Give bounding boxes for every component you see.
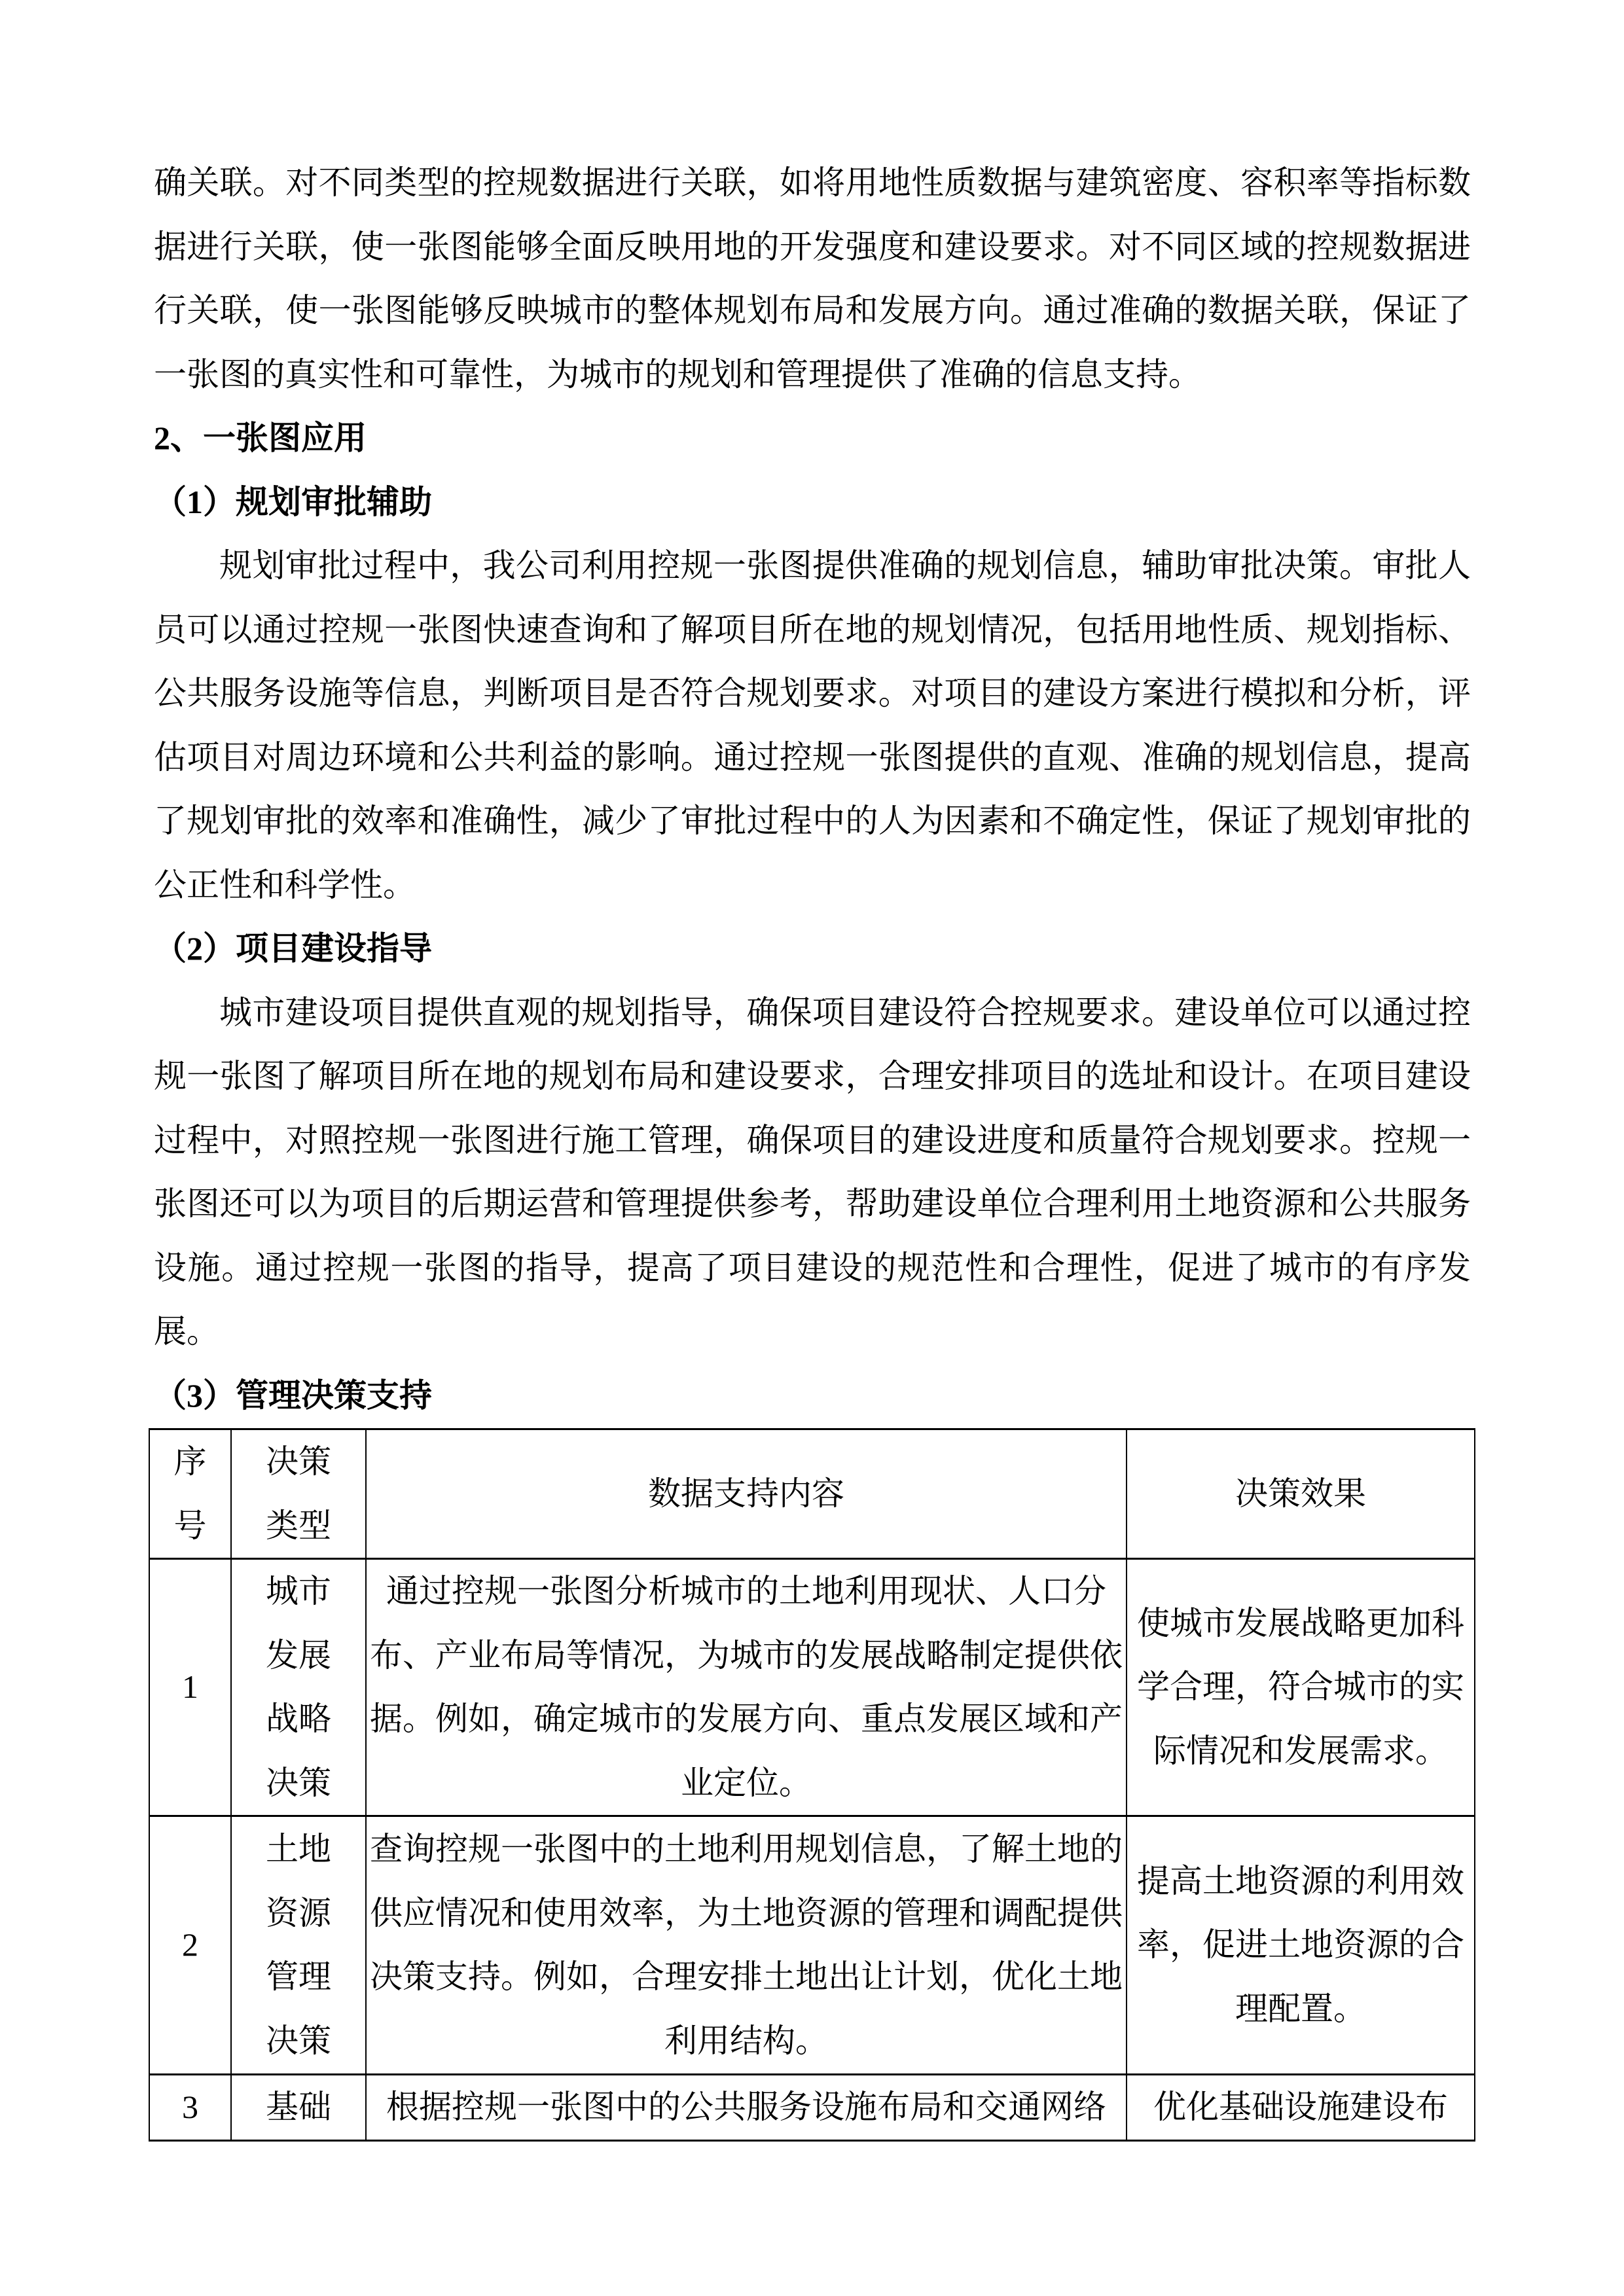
heading-one-map-application: 2、一张图应用	[154, 406, 1471, 471]
table-row-truncated: 3 基础 根据控规一张图中的公共服务设施布局和交通网络 优化基础设施建设布	[149, 2075, 1475, 2141]
cell-decision-type: 城市 发展 战略 决策	[231, 1559, 366, 1816]
heading-management-decision-support: （3）管理决策支持	[154, 1364, 1471, 1428]
paragraph-data-association-continuation: 确关联。对不同类型的控规数据进行关联，如将用地性质数据与建筑密度、容积率等指标数…	[154, 151, 1471, 406]
cell-decision-effect: 优化基础设施建设布	[1127, 2075, 1475, 2141]
heading-project-construction-guidance: （2）项目建设指导	[154, 917, 1471, 981]
table-row: 1 城市 发展 战略 决策 通过控规一张图分析城市的土地利用现状、人口分布、产业…	[149, 1559, 1475, 1816]
paragraph-planning-approval: 规划审批过程中，我公司利用控规一张图提供准确的规划信息，辅助审批决策。审批人员可…	[154, 534, 1471, 917]
cell-data-support-content: 通过控规一张图分析城市的土地利用现状、人口分布、产业布局等情况，为城市的发展战略…	[366, 1559, 1127, 1816]
document-content: 确关联。对不同类型的控规数据进行关联，如将用地性质数据与建筑密度、容积率等指标数…	[154, 0, 1471, 2142]
cell-serial-number: 1	[149, 1559, 231, 1816]
header-serial-number: 序 号	[149, 1429, 231, 1559]
cell-decision-type: 基础	[231, 2075, 366, 2141]
cell-decision-effect: 提高土地资源的利用效率，促进土地资源的合理配置。	[1127, 1816, 1475, 2075]
cell-serial-number: 3	[149, 2075, 231, 2141]
decision-support-table: 序 号 决策 类型 数据支持内容 决策效果 1 城市 发展 战略 决策 通过控规…	[149, 1428, 1475, 2142]
table-row: 2 土地 资源 管理 决策 查询控规一张图中的土地利用规划信息，了解土地的供应情…	[149, 1816, 1475, 2075]
cell-data-support-content: 查询控规一张图中的土地利用规划信息，了解土地的供应情况和使用效率，为土地资源的管…	[366, 1816, 1127, 2075]
paragraph-project-construction: 城市建设项目提供直观的规划指导，确保项目建设符合控规要求。建设单位可以通过控规一…	[154, 981, 1471, 1364]
heading-planning-approval-assist: （1）规划审批辅助	[154, 471, 1471, 535]
cell-serial-number: 2	[149, 1816, 231, 2075]
cell-data-support-content: 根据控规一张图中的公共服务设施布局和交通网络	[366, 2075, 1127, 2141]
cell-decision-effect: 使城市发展战略更加科学合理，符合城市的实际情况和发展需求。	[1127, 1559, 1475, 1816]
table-header-row: 序 号 决策 类型 数据支持内容 决策效果	[149, 1429, 1475, 1559]
header-decision-effect: 决策效果	[1127, 1429, 1475, 1559]
cell-decision-type: 土地 资源 管理 决策	[231, 1816, 366, 2075]
header-decision-type: 决策 类型	[231, 1429, 366, 1559]
document-page: 确关联。对不同类型的控规数据进行关联，如将用地性质数据与建筑密度、容积率等指标数…	[0, 0, 1624, 2296]
header-data-support-content: 数据支持内容	[366, 1429, 1127, 1559]
